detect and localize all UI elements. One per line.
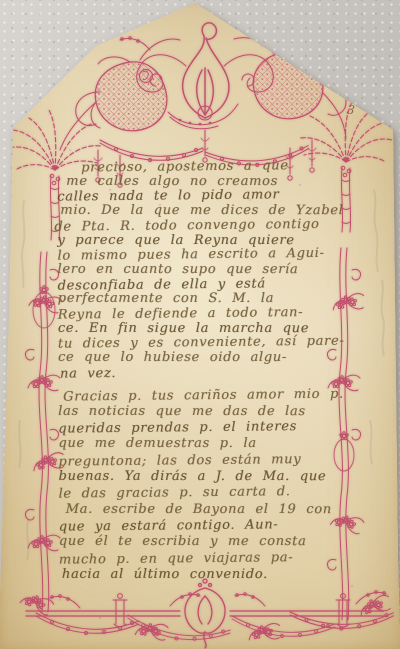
letter-paragraph: Gracias p. tus cariños amor mio p. las n…: [58, 387, 371, 584]
handwriting-line: lero en cuanto supo que sería: [58, 263, 370, 278]
handwriting-line: las noticias que me das de las: [58, 404, 370, 421]
handwriting-line: na vez.: [60, 364, 370, 382]
bottom-border-ornament: [19, 579, 394, 648]
handwriting-line: ce que lo hubiese oido algu-: [58, 351, 370, 366]
handwriting-line: hacia al último convenido.: [62, 567, 371, 584]
handwriting-line: mio. De la que me dices de Yzabel: [60, 204, 369, 219]
handwriting-text-block: precioso, apostemos a que me calles algo…: [57, 159, 371, 583]
letter-sheet: precioso, apostemos a que me calles algo…: [0, 0, 400, 649]
letter-sheet-shadow: precioso, apostemos a que me calles algo…: [0, 0, 400, 649]
handwriting-line: que me demuestras p. la: [58, 436, 370, 453]
handwriting-line: Ma. escribe de Bayona el 19 con: [66, 501, 371, 518]
handwriting-line: preguntona; las dos están muy: [58, 451, 370, 471]
photo-background: precioso, apostemos a que me calles algo…: [0, 0, 400, 649]
handwriting-line: Gracias p. tus cariños amor mio p.: [63, 386, 370, 406]
page-number-annotation: 3: [346, 103, 356, 118]
handwriting-line: le das gracias p. su carta d.: [58, 484, 370, 504]
handwriting-line: mucho p. en que viajaras pa-: [59, 549, 371, 569]
handwriting-line: que él te escribia y me consta: [59, 534, 371, 551]
letter-paragraph: precioso, apostemos a que me calles algo…: [57, 159, 370, 381]
